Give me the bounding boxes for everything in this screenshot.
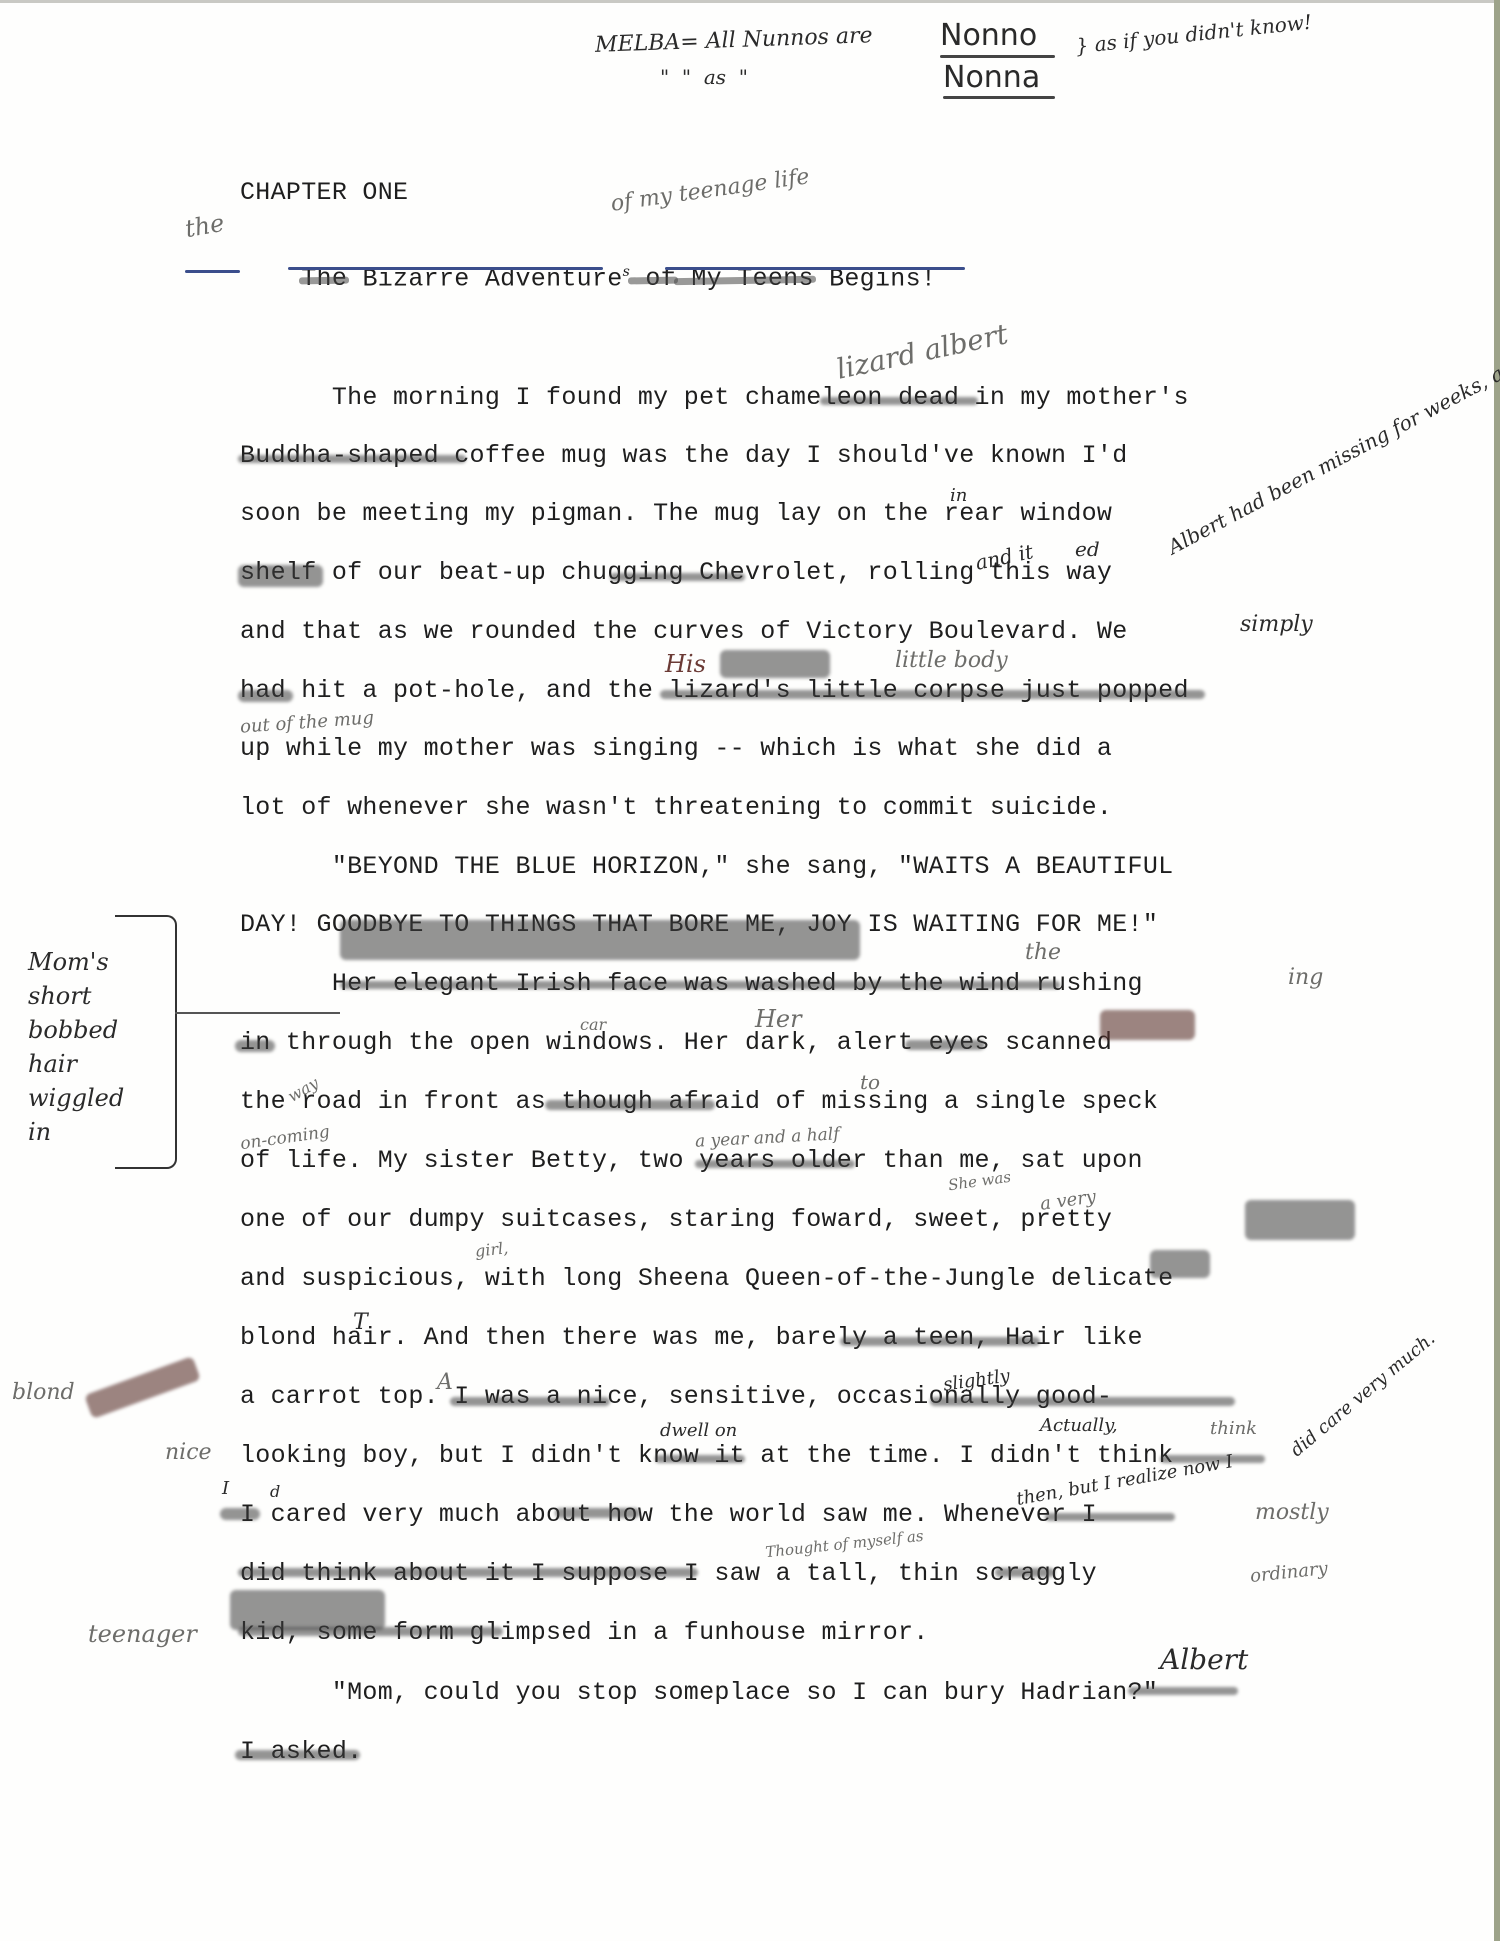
body-line: I cared very much about how the world sa… (240, 1500, 1097, 1529)
strike-chameleon (820, 397, 978, 405)
strike-her-elegant-irish (340, 981, 1060, 989)
chapter-title: The Bizarre Adventures of My Teens Begin… (240, 235, 936, 322)
insert-did-care: did care very much. (1287, 1328, 1440, 1461)
title-insert-the: the (183, 209, 227, 243)
insert-actually: Actually, (1040, 1415, 1118, 1436)
body-line: and that as we rounded the curves of Vic… (240, 617, 1128, 646)
scribble-above-her (340, 920, 860, 960)
scribble-delicate (1150, 1250, 1210, 1278)
insert-capital-t: T (353, 1310, 368, 1335)
body-line: "Mom, could you stop someplace so I can … (240, 1678, 1158, 1707)
strike-chugging (610, 573, 745, 581)
strike-i-asked (235, 1750, 360, 1760)
strike-kid-some-form (238, 1627, 503, 1636)
insert-ordinary: ordinary (1249, 1558, 1329, 1587)
insert-his: His (665, 650, 706, 678)
note-aside: } as if you didn't know! (1074, 10, 1313, 59)
note-nonno: Nonno (940, 18, 1037, 53)
insert-in: in (950, 485, 967, 506)
strike-i-was-a-nice (450, 1397, 610, 1406)
strike-in (235, 1040, 275, 1052)
scribble-right (1100, 1010, 1195, 1040)
chapter-heading: CHAPTER ONE (240, 178, 408, 207)
scribble-his (720, 650, 830, 678)
insert-little-body: little body (895, 648, 1008, 673)
insert-the: the (1025, 940, 1061, 965)
strike-as-though (545, 1100, 715, 1110)
scribble-blond (84, 1356, 201, 1419)
insert-simply: simply (1240, 612, 1313, 637)
strike-did-think-about (238, 1568, 698, 1577)
strike-whenever (1045, 1513, 1175, 1521)
body-line: and suspicious, with long Sheena Queen-o… (240, 1264, 1173, 1293)
insert-to: to (860, 1070, 880, 1094)
insert-think: think (1210, 1418, 1257, 1439)
strike-two-years (695, 1160, 855, 1168)
insert-mostly: mostly (1255, 1500, 1329, 1525)
insert-capital-a: A (437, 1370, 453, 1395)
insert-albert-missing: Albert had been missing for weeks, and (1164, 349, 1500, 559)
insert-ed: ed (1075, 537, 1100, 561)
body-line: one of our dumpy suitcases, staring fowa… (240, 1205, 1112, 1234)
note-melba-line2: " " as " (660, 65, 748, 89)
margin-nice: nice (165, 1440, 212, 1465)
page-edge (0, 0, 1494, 3)
nonno-underline (940, 55, 1055, 58)
title-insert-above: of my teenage life (609, 164, 811, 217)
body-line: soon be meeting my pigman. The mug lay o… (240, 499, 1112, 528)
note-melba-line1: MELBA= All Nunnos are (595, 23, 873, 58)
strike-know (655, 1455, 745, 1463)
insert-dwell-on: dwell on (660, 1420, 737, 1441)
insert-her: Her (755, 1005, 802, 1033)
strike-thin (995, 1568, 1055, 1577)
insert-girl: girl, (474, 1238, 509, 1260)
title-underline-1 (185, 270, 240, 273)
insert-ing: ing (1288, 965, 1323, 990)
strike-buddha-shaped (238, 455, 466, 463)
insert-lizard-albert: lizard albert (833, 317, 1010, 386)
scribble-pretty (1245, 1200, 1355, 1240)
margin-pointer-line (175, 1012, 340, 1014)
strike-about (555, 1508, 640, 1518)
strike-barely-a-teen (840, 1337, 1040, 1346)
body-line: "BEYOND THE BLUE HORIZON," she sang, "WA… (240, 852, 1173, 881)
title-underline-2 (288, 267, 603, 270)
insert-albert: Albert (1160, 1643, 1248, 1676)
strike-lizard-corpse (660, 690, 1205, 699)
strike-i (220, 1508, 260, 1520)
strike-occasionally-good (930, 1397, 1235, 1406)
margin-blond: blond (12, 1380, 75, 1405)
manuscript-page: MELBA= All Nunnos are Nonno " " as " Non… (0, 0, 1500, 1941)
insert-d: d (270, 1482, 280, 1501)
body-line: up while my mother was singing -- which … (240, 734, 1112, 763)
note-nonna: Nonna (943, 60, 1040, 95)
strike-had (238, 690, 293, 702)
scribble-kid (230, 1590, 385, 1630)
nonna-underline (943, 96, 1055, 99)
insert-car: car (580, 1015, 606, 1034)
insert-capital-i: I (222, 1478, 229, 1499)
body-line: The morning I found my pet chameleon dea… (240, 383, 1189, 412)
strike-shelf (238, 565, 323, 587)
title-underline-3 (665, 267, 965, 270)
insert-thought-of-myself: Thought of myself as (764, 1527, 924, 1562)
strike-alert (905, 1040, 985, 1050)
strike-hadrian (1128, 1687, 1238, 1695)
margin-bracket (115, 915, 177, 1169)
body-line: lot of whenever she wasn't threatening t… (240, 793, 1112, 822)
margin-teenager: teenager (88, 1620, 197, 1648)
